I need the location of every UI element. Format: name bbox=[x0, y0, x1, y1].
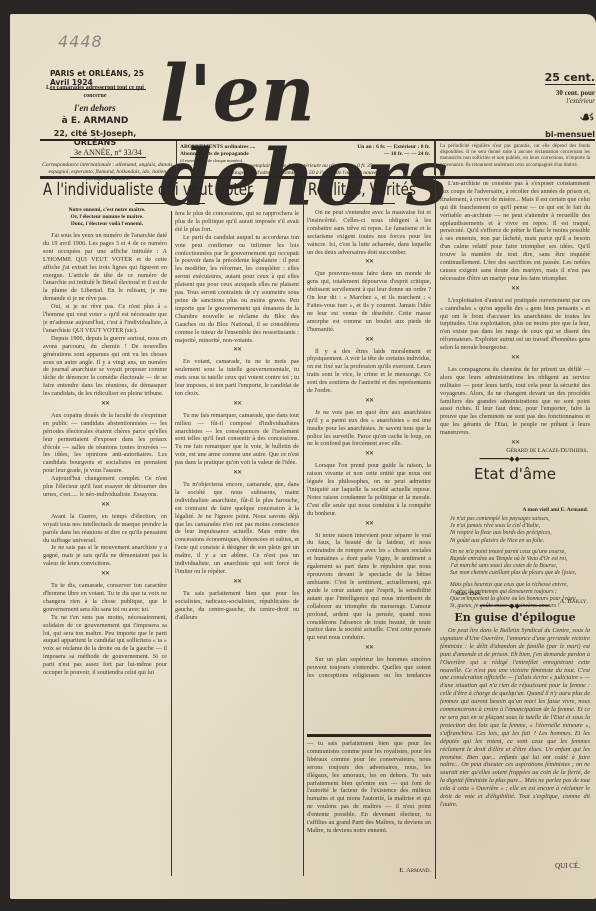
header-rule bbox=[40, 176, 595, 179]
notice: La périodicité régulière n'est pas garan… bbox=[440, 144, 590, 169]
paragraph: Je ne vois pas en quoi être aux anarchis… bbox=[307, 409, 431, 449]
separator-icon: ✕✕ bbox=[43, 571, 167, 579]
paragraph: L'exploitation d'autrui est pratiquée ou… bbox=[440, 297, 590, 352]
newspaper-page: 4448 PARIS et ORLÉANS, 25 Avril 1924 Les… bbox=[10, 14, 596, 899]
paragraph: fera le plus de concessions, qui se rapp… bbox=[175, 210, 299, 234]
article4-headline: En guise d'épilogue bbox=[440, 611, 590, 624]
paragraph: — tu sais parfaitement bien que pour les… bbox=[307, 740, 431, 835]
separator-icon: ✕✕ bbox=[440, 355, 590, 363]
article1-headline: A l'individualiste qui veut voter bbox=[43, 180, 298, 200]
price: 25 cent. bbox=[545, 71, 595, 85]
section-rule bbox=[307, 734, 431, 737]
paragraph: Je ne sais pas si le mouvement anarchist… bbox=[43, 544, 167, 568]
paragraph: Tu ne t'en sens pas moins, nécessairemen… bbox=[43, 614, 167, 677]
epigraph-line: Donc, l'électeur voilà l'ennemi. bbox=[48, 221, 166, 228]
contact-box: Les camarades adresseront tout ce qui co… bbox=[40, 84, 150, 147]
separator-icon: ✕✕ bbox=[175, 470, 299, 478]
article4-body: On peut lire dans le Bulletin Syndical d… bbox=[440, 627, 590, 857]
paragraph: Lorsque l'on prend pour guide la raison,… bbox=[307, 462, 431, 517]
divider bbox=[176, 141, 177, 175]
paragraph: Tu te dis, camarade, conserver ton carac… bbox=[43, 582, 167, 614]
back-issue: Tout exemplaire d'une date antérieure au… bbox=[180, 163, 430, 170]
paragraph: J'ai sous les yeux un numéro de l'anarch… bbox=[43, 232, 167, 303]
sub-row1-label: ABONNEMENTS ordinaires .... bbox=[180, 144, 255, 151]
paragraph: Depuis 1906, depuis la guerre surtout, n… bbox=[43, 335, 167, 398]
contact-intro: Les camarades adresseront tout ce qui co… bbox=[40, 84, 150, 100]
year-issue: 3e ANNÉE, n° 33/34 bbox=[70, 148, 146, 158]
paragraph: On peut lire dans le Bulletin Syndical d… bbox=[440, 627, 590, 809]
separator-icon: ✕✕ bbox=[175, 401, 299, 409]
poem-line: J'ai marché sans souci des cotes de la B… bbox=[450, 563, 590, 570]
poem-dedication: A mon vieil ami E. Armand. bbox=[470, 507, 588, 513]
article1-col2: fera le plus de concessions, qui se rapp… bbox=[175, 210, 299, 876]
article2-headline: Réalités, Vérités bbox=[308, 180, 414, 200]
hand-logo-icon: ☙ bbox=[515, 107, 595, 128]
poem-line: Sur mon chemin cueillant plus de pleurs … bbox=[450, 570, 590, 577]
separator-icon: ✕✕ bbox=[307, 259, 431, 267]
contact-name: à E. ARMAND bbox=[40, 116, 150, 126]
article2-signature: E. Armand. bbox=[307, 867, 431, 874]
contact-paper: l'en dehors bbox=[40, 103, 150, 113]
article2-body: On ne peut s'entendre avec la mauvaise f… bbox=[307, 209, 431, 679]
paragraph: Sur un plan supérieur les hommes sincère… bbox=[307, 656, 431, 679]
paragraph: Si notre raison intervient pour séparer … bbox=[307, 532, 431, 643]
separator-icon: ✕✕ bbox=[307, 451, 431, 459]
ornament-divider: ━━━━━━━◆◆━━━━━━━ bbox=[442, 455, 587, 463]
paragraph: En votant, camarade, tu ne te mets pas s… bbox=[175, 358, 299, 398]
sub-row2-label: Abonnements de propagande bbox=[180, 151, 249, 158]
separator-icon: ✕✕ bbox=[307, 521, 431, 529]
poem-line: Je n'ai pas contemplé les paysages suiss… bbox=[450, 516, 590, 523]
separator-icon: ✕✕ bbox=[43, 502, 167, 510]
poem-headline: Etat d'âme bbox=[440, 465, 590, 483]
column-divider bbox=[171, 211, 172, 876]
separator-icon: ✕✕ bbox=[175, 347, 299, 355]
paragraph: Le parti du candidat auquel tu accordera… bbox=[175, 234, 299, 345]
epigraph-line: Or, l'électeur nomme le maître. bbox=[48, 214, 166, 221]
sub-row1-value: Un an : 6 fr. — Extérieur : 8 fr. bbox=[357, 144, 430, 151]
poem-line: Ni respiré la fleur aux bords des précip… bbox=[450, 530, 590, 537]
poem-line: On ne m'a point trouvé parmi ceux qu'une… bbox=[450, 549, 590, 556]
article2-continuation: — tu sais parfaitement bien que pour les… bbox=[307, 740, 431, 866]
separator-icon: ✕✕ bbox=[307, 645, 431, 653]
epigraph-line: Notre ennemi, c'est notre maître. bbox=[48, 207, 166, 214]
article3-signature: Gérard de Lacaze-Duthiers. bbox=[440, 447, 588, 454]
article1-col1: J'ai sous les yeux un numéro de l'anarch… bbox=[43, 232, 167, 874]
price-foreign-note: l'extérieur bbox=[515, 97, 595, 105]
poem-line: Ni goûté aux plaisirs de Nice en sa foli… bbox=[450, 538, 590, 545]
poem-date: Mars 1924. bbox=[455, 591, 481, 597]
article4-signature: QUI CÉ. bbox=[440, 862, 580, 870]
paragraph: On ne peut s'entendre avec la mauvaise f… bbox=[307, 209, 431, 256]
frequency: bi-mensuel bbox=[515, 130, 595, 139]
separator-icon: ✕✕ bbox=[175, 579, 299, 587]
article3-body: L'an-archiste ne consiste pas à s'expose… bbox=[440, 180, 590, 444]
paragraph: Tu me fais remarquer, camarade, que dans… bbox=[175, 412, 299, 467]
separator-icon: ✕✕ bbox=[43, 401, 167, 409]
ornament-divider: ━━━━━━━◆◆━━━━━━━ bbox=[442, 602, 587, 610]
separator-icon: ✕✕ bbox=[307, 337, 431, 345]
epigraph: Notre ennemi, c'est notre maître. Or, l'… bbox=[48, 207, 166, 228]
headline-underline bbox=[135, 203, 205, 204]
separator-icon: ✕✕ bbox=[440, 286, 590, 294]
column-divider bbox=[435, 139, 436, 879]
paragraph: Il y a des êtres laids moralement et phy… bbox=[307, 348, 431, 395]
paragraph: L'an-archiste ne consiste pas à s'expose… bbox=[440, 180, 590, 283]
separator-icon: ✕✕ bbox=[440, 440, 590, 444]
poem-line: Rapide entraîne au Temple où le Veau d'O… bbox=[450, 556, 590, 563]
archive-mark: 4448 bbox=[58, 32, 103, 51]
price-box: 25 cent. 30 cent. pour l'extérieur ☙ bi-… bbox=[515, 68, 595, 139]
paragraph: Que pouvons-nous faire dans un monde de … bbox=[307, 270, 431, 333]
subscriptions: ABONNEMENTS ordinaires ....Un an : 6 fr.… bbox=[180, 144, 430, 177]
paragraph: Aujourd'hui changement complet. Ce n'est… bbox=[43, 475, 167, 499]
sub-row2-value: — 18 fr. — — 24 fr. bbox=[384, 151, 430, 158]
column-divider bbox=[303, 179, 304, 876]
poem-line: Mais plus heureux que ceux que la riches… bbox=[450, 582, 590, 589]
headline-underline bbox=[345, 203, 395, 204]
paragraph: Aux copains doués de la faculté de s'exp… bbox=[43, 412, 167, 475]
paragraph: Tu m'objecteras encore, camarade, que, d… bbox=[175, 481, 299, 576]
masthead-rule bbox=[40, 139, 595, 141]
paragraph: Les compagnons du chemins de fer prirent… bbox=[440, 366, 590, 437]
paragraph: Oui, si je ne rêve pas. Ce n'est plus à … bbox=[43, 303, 167, 335]
paragraph: Tu sais parfaitement bien que pour les s… bbox=[175, 590, 299, 622]
paragraph: Avant la Guerre, en temps d'élection, on… bbox=[43, 513, 167, 545]
separator-icon: ✕✕ bbox=[307, 398, 431, 406]
price-foreign: 30 cent. pour bbox=[515, 89, 595, 97]
